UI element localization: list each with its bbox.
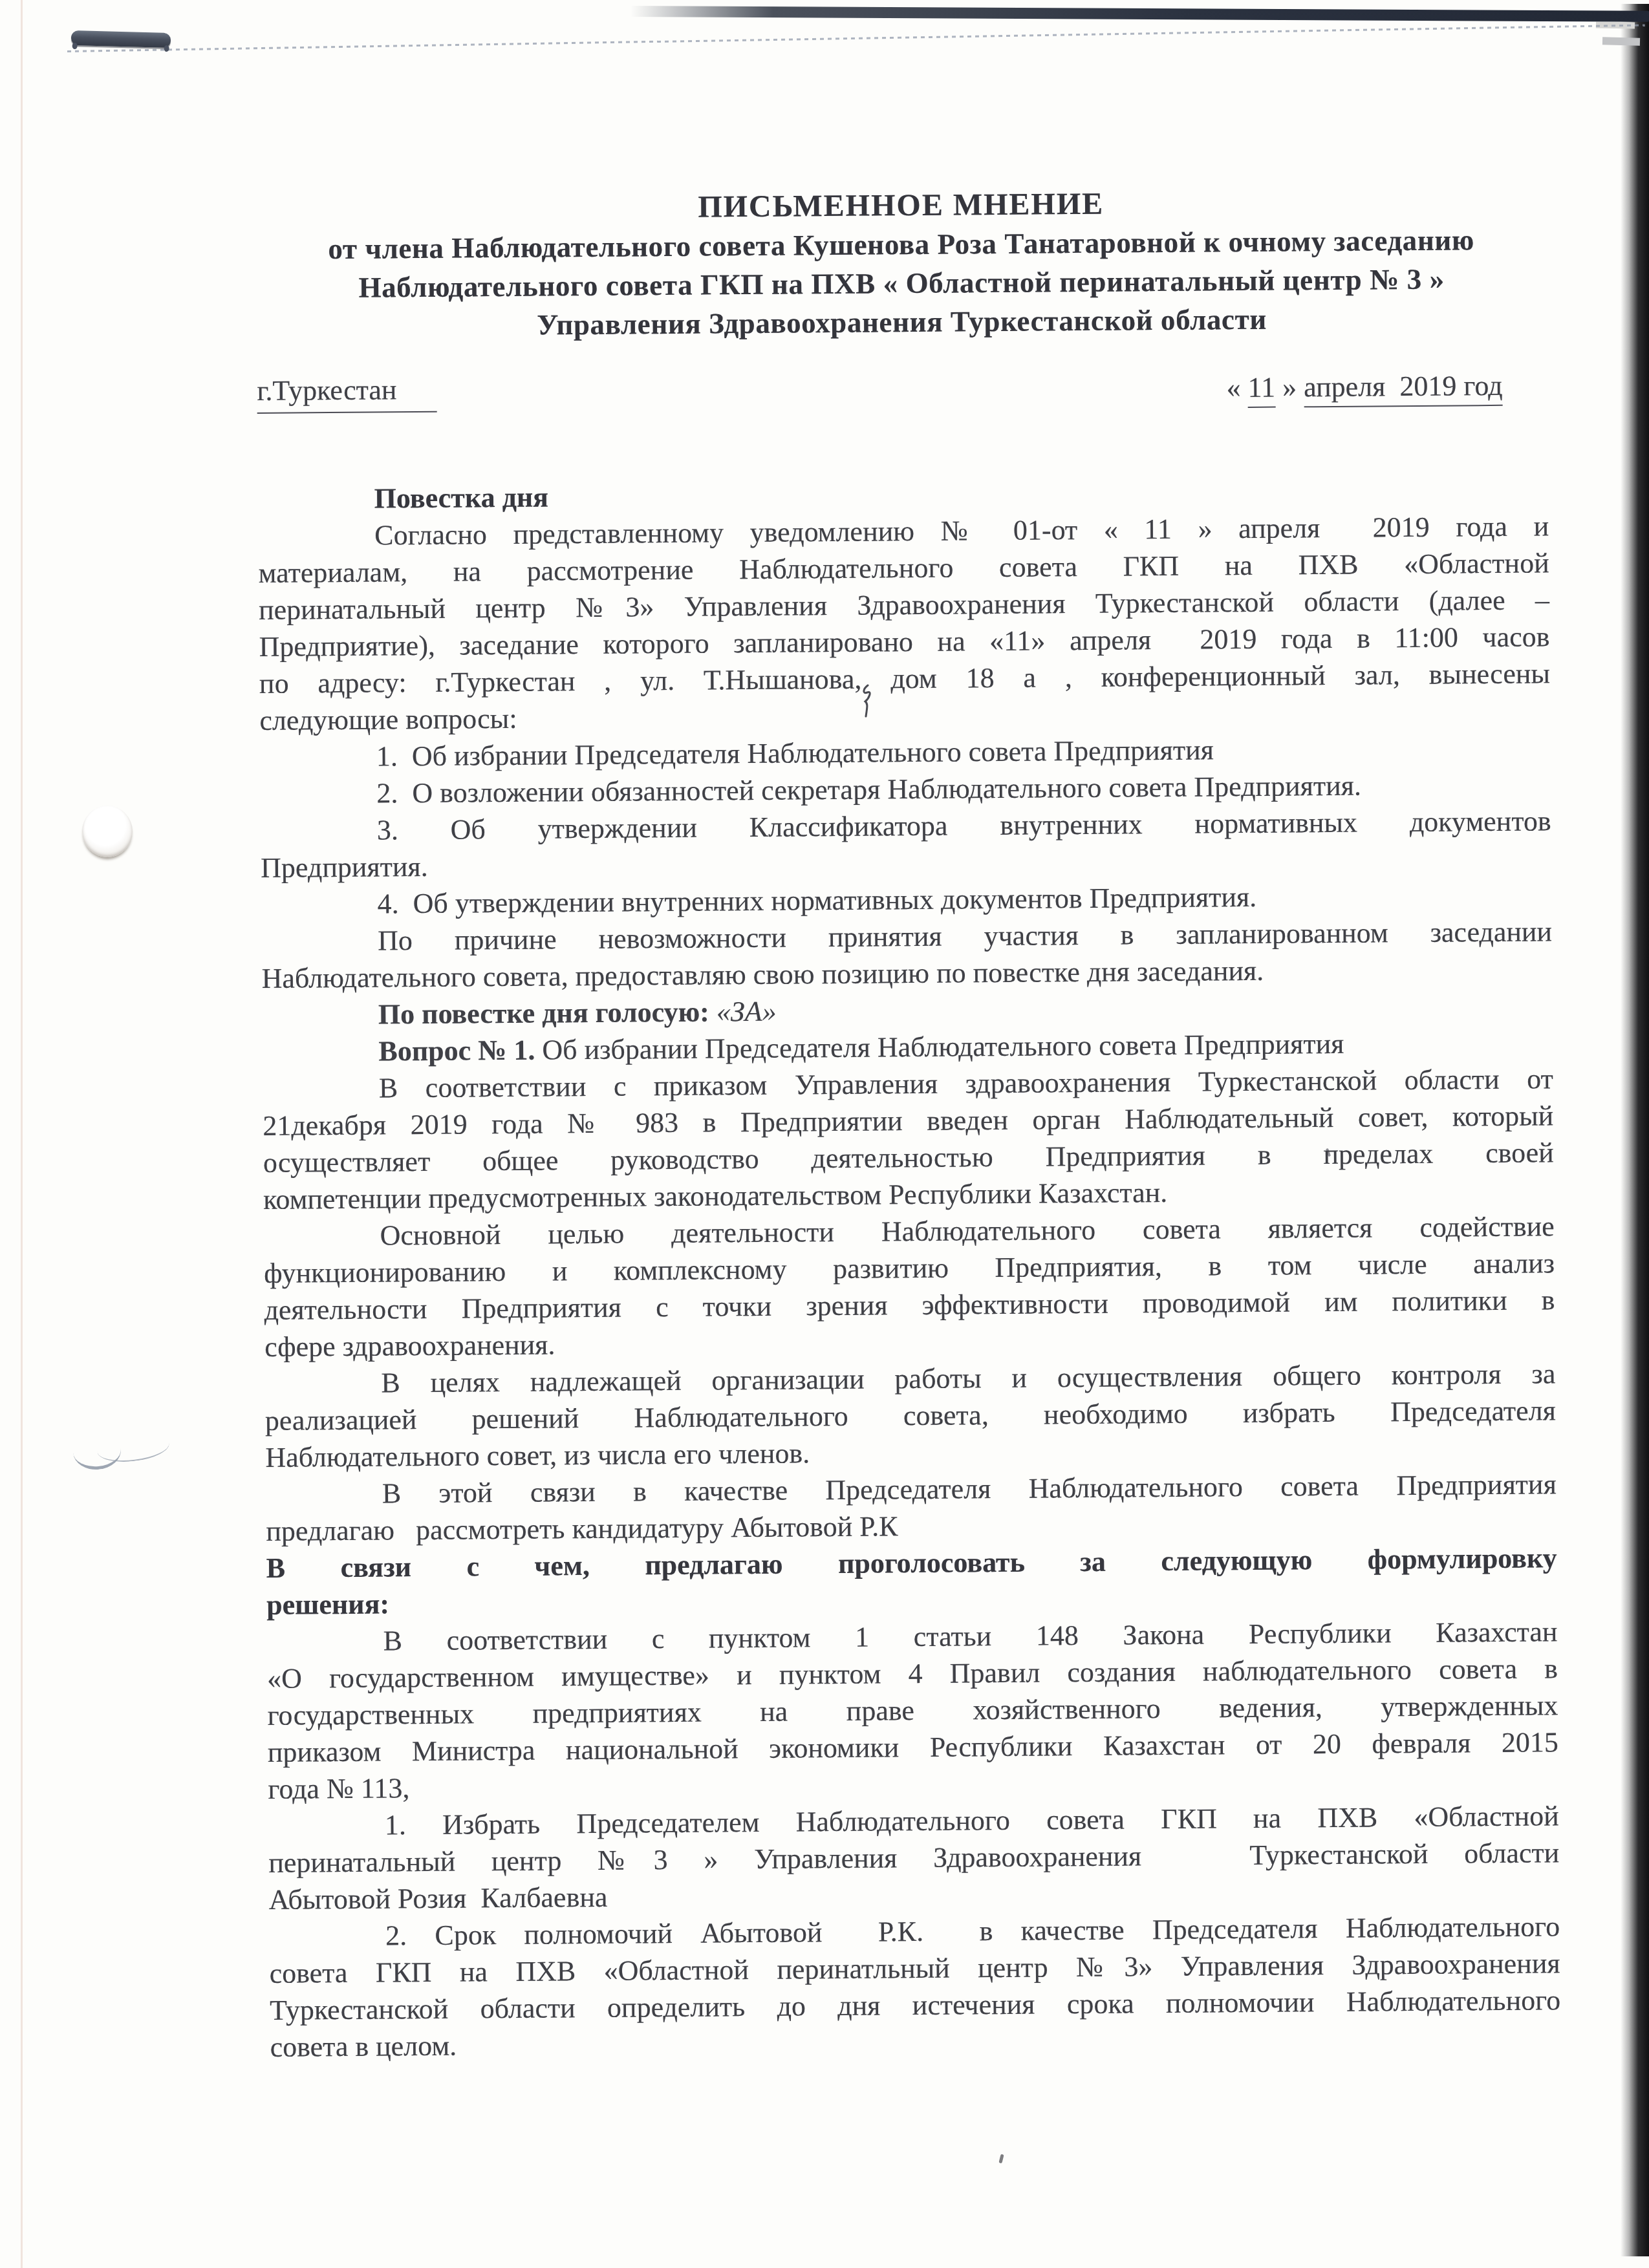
text-run: «ЗА» bbox=[717, 996, 777, 1028]
date-close-quote: » bbox=[1275, 371, 1304, 403]
ink-speck bbox=[998, 2154, 1004, 2164]
document-body: Повестка дняСогласно представленному уве… bbox=[258, 471, 1561, 2066]
staple-mark bbox=[71, 30, 171, 48]
underlying-sheet-edge bbox=[1602, 37, 1640, 46]
text-run: Вопрос № 1. bbox=[378, 1034, 535, 1067]
scan-edge-shadow-right bbox=[1621, 4, 1649, 2256]
document-content: ПИСЬМЕННОЕ МНЕНИЕ от члена Наблюдательно… bbox=[255, 181, 1561, 2066]
date-month-year: апреля 2019 год bbox=[1304, 370, 1503, 407]
city-label: г.Туркестан bbox=[257, 371, 437, 414]
date-label: « 11 » апреля 2019 год bbox=[1227, 367, 1548, 406]
dotted-scan-line bbox=[67, 25, 1645, 52]
text-run: Об избрании Председателя Наблюдательного… bbox=[535, 1028, 1344, 1066]
date-day: 11 bbox=[1248, 372, 1276, 408]
punch-hole bbox=[82, 806, 133, 857]
left-margin-fold-line bbox=[21, 0, 23, 2268]
scanned-document-page: ПИСЬМЕННОЕ МНЕНИЕ от члена Наблюдательно… bbox=[0, 0, 1649, 2268]
scan-edge-shadow-top bbox=[630, 6, 1649, 22]
date-open-quote: « bbox=[1227, 372, 1248, 403]
text-run: По повестке дня голосую: bbox=[378, 996, 717, 1030]
place-date-row: г.Туркестан « 11 » апреля 2019 год bbox=[257, 362, 1547, 414]
